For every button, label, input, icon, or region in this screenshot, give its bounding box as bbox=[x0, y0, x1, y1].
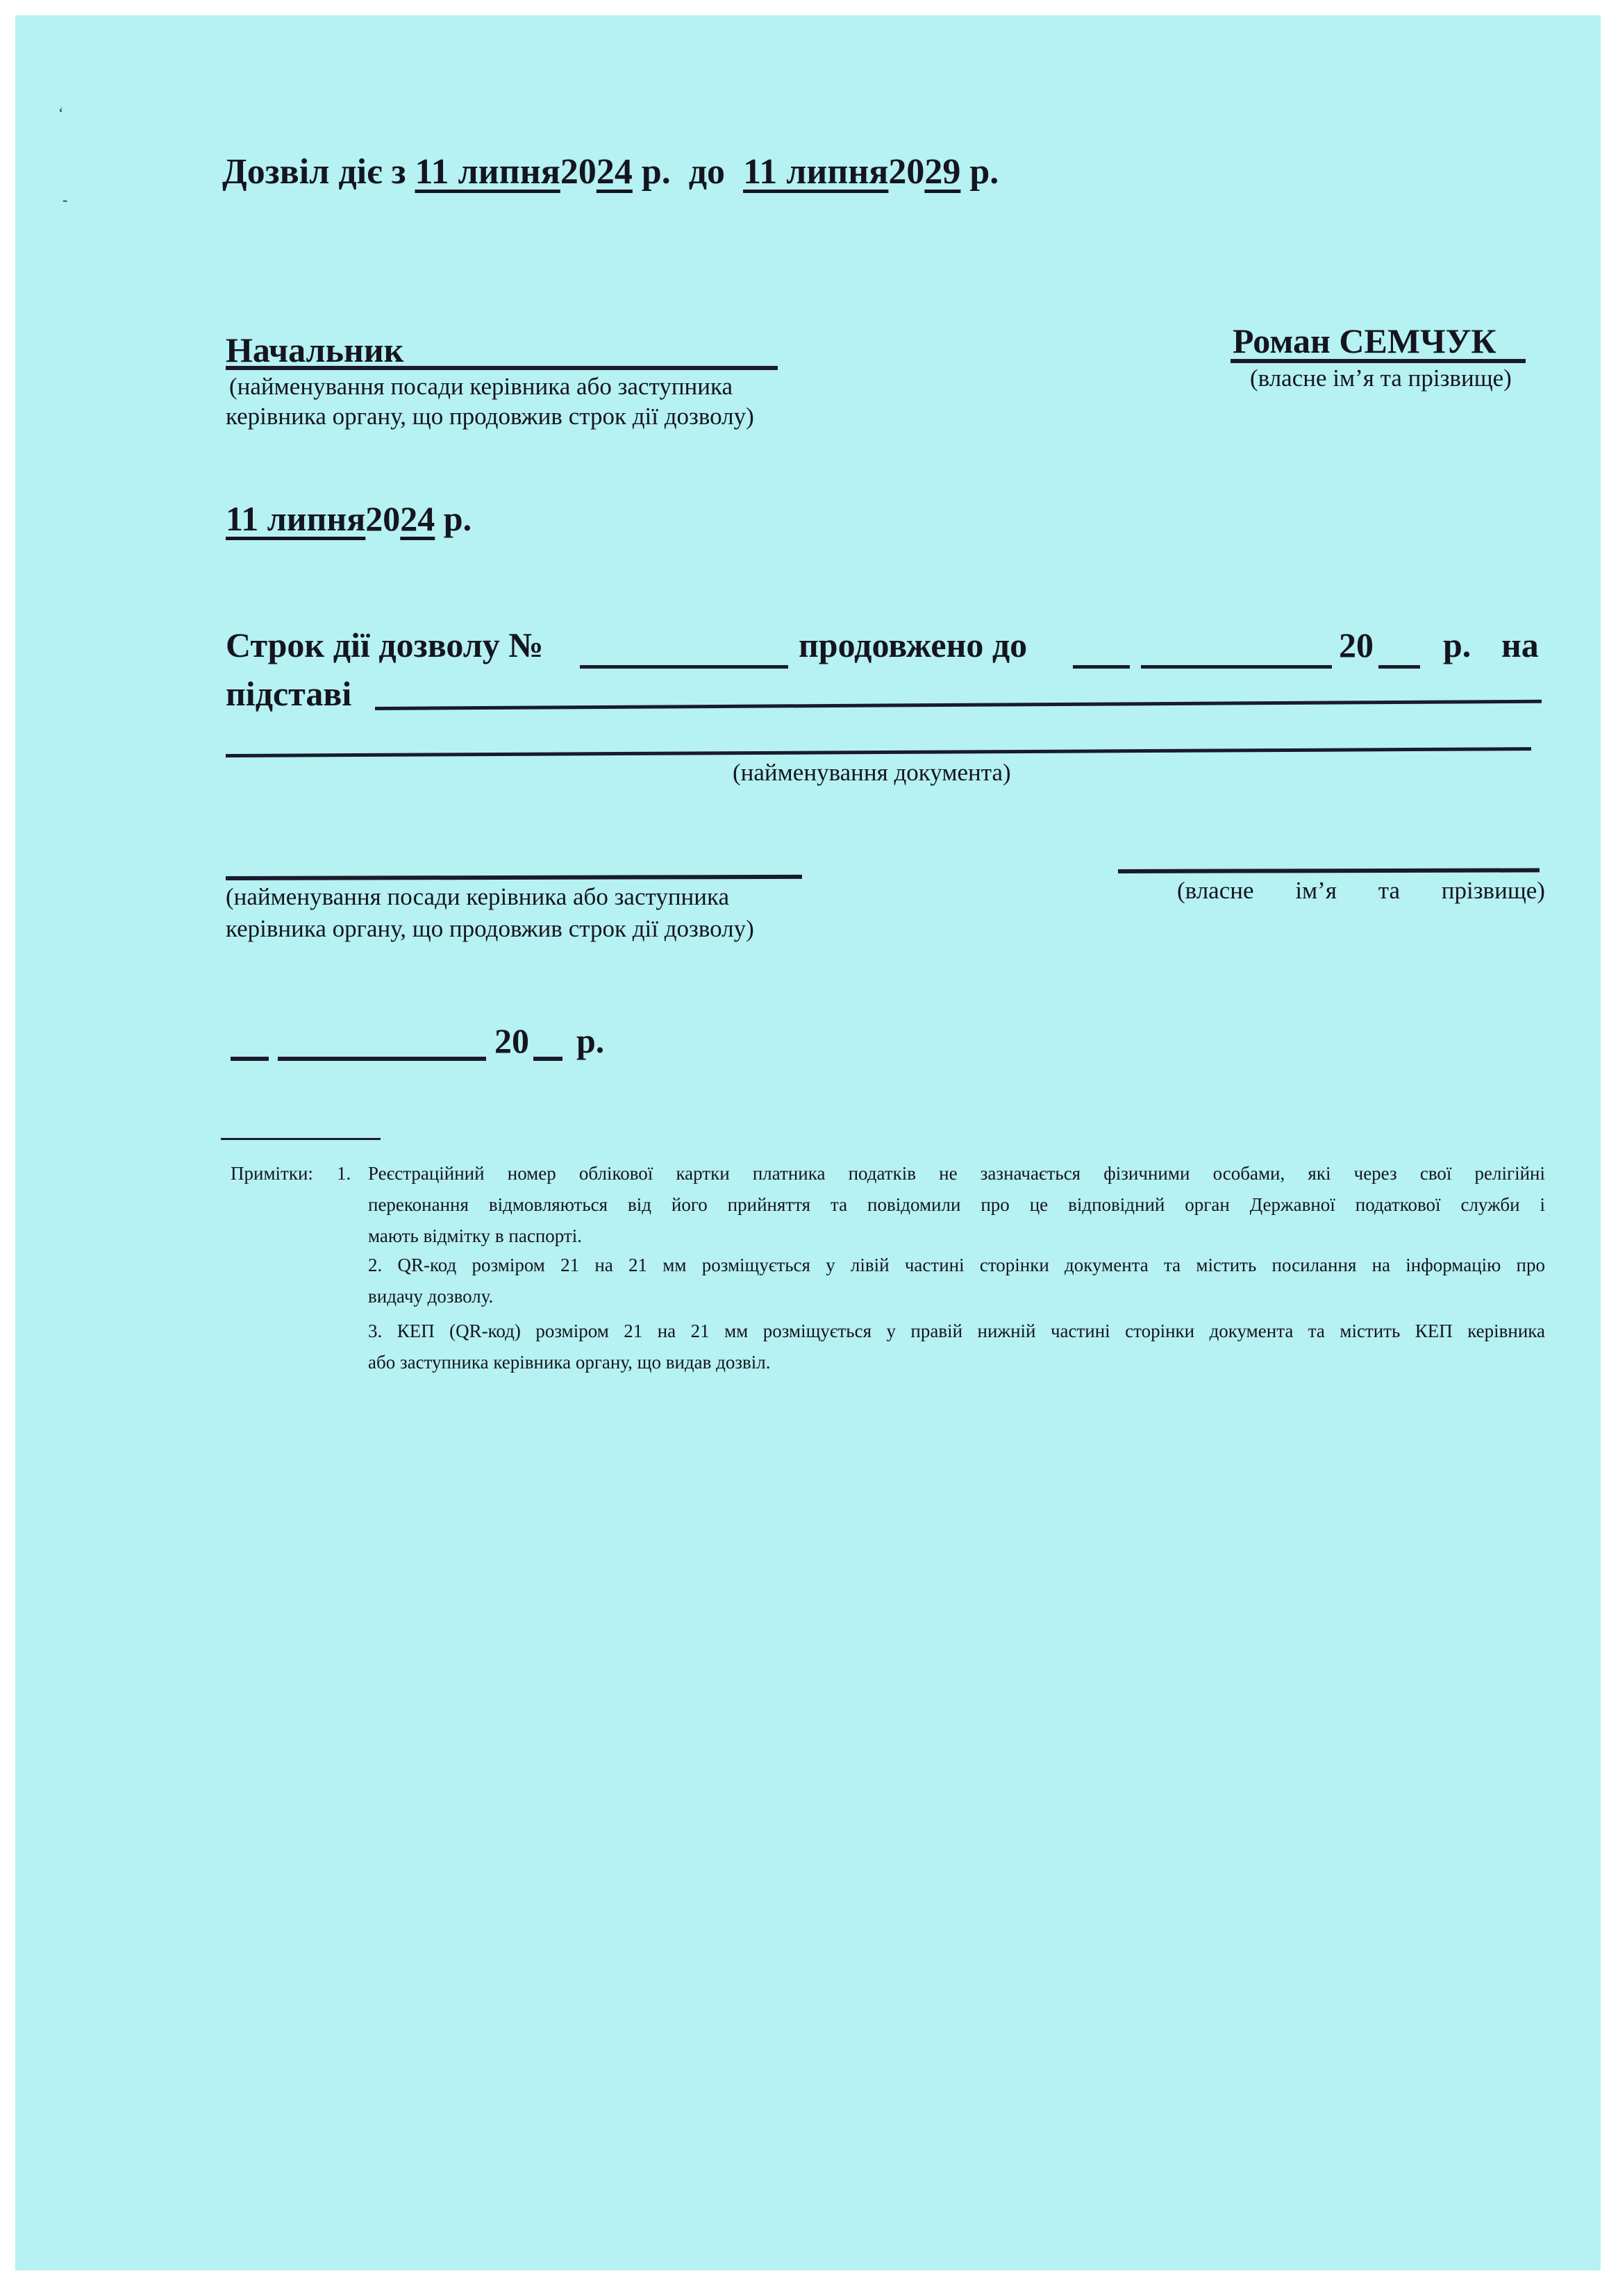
note-2-text: QR-код розміром 21 на 21 мм розміщується… bbox=[398, 1255, 1546, 1275]
date-year-prefix-2: 20 bbox=[494, 1021, 529, 1061]
note-3-line1: 3. КЕП (QR-код) розміром 21 на 21 мм роз… bbox=[368, 1316, 1545, 1347]
validity-to-unit: р. bbox=[969, 152, 999, 192]
extended-unit: р. bbox=[1443, 625, 1471, 665]
note-1-line3: мають відмітку в паспорті. bbox=[368, 1221, 582, 1252]
note-2-number: 2. bbox=[368, 1255, 382, 1275]
date-year-field-2[interactable] bbox=[533, 1057, 562, 1061]
position-caption-line2: керівника органу, що продовжив строк дії… bbox=[226, 403, 754, 430]
position-title: Начальник bbox=[226, 330, 403, 370]
basis-label: підставі bbox=[226, 673, 351, 714]
extended-on-word: на bbox=[1501, 625, 1539, 665]
name-caption-2-word: прізвище) bbox=[1442, 877, 1545, 905]
position-caption-2-line1: (найменування посади керівника або засту… bbox=[226, 883, 729, 911]
signer-name-underline bbox=[1231, 359, 1526, 363]
name-caption-2: (власне ім’я та прізвище) bbox=[1177, 877, 1545, 905]
date-unit-2: р. bbox=[576, 1021, 604, 1061]
note-1-line1: Реєстраційний номер облікової картки пла… bbox=[368, 1158, 1545, 1189]
extension-permit-label: Строк дії дозволу № bbox=[226, 625, 544, 665]
signature-date-year-suffix: 24 bbox=[400, 499, 435, 538]
signature-date-day-month: 11 липня bbox=[226, 499, 365, 538]
note-3-text: КЕП (QR-код) розміром 21 на 21 мм розміщ… bbox=[397, 1321, 1545, 1341]
signature-date: 11 липня2024 р. bbox=[226, 498, 472, 539]
permit-number-field[interactable] bbox=[580, 665, 788, 669]
validity-to-word: до bbox=[689, 152, 725, 192]
validity-to-day-month: 11 липня bbox=[743, 152, 888, 192]
document-caption: (найменування документа) bbox=[733, 759, 1011, 787]
signer-name-caption: (власне ім’я та прізвище) bbox=[1250, 364, 1512, 392]
date-month-field-2[interactable] bbox=[278, 1057, 486, 1061]
validity-to-year-suffix: 29 bbox=[924, 152, 960, 192]
position-caption-line1: (найменування посади керівника або засту… bbox=[229, 373, 733, 401]
validity-prefix: Дозвіл діє з bbox=[222, 152, 406, 192]
note-2-line1: 2. QR-код розміром 21 на 21 мм розміщуєт… bbox=[368, 1250, 1545, 1281]
note-1-line2: переконання відмовляються від його прийн… bbox=[368, 1189, 1545, 1221]
signature-date-year-prefix: 20 bbox=[365, 499, 400, 538]
extended-year-prefix: 20 bbox=[1339, 625, 1374, 665]
footnote-separator bbox=[221, 1138, 381, 1140]
position-underline bbox=[226, 366, 778, 370]
signature-date-unit: р. bbox=[444, 499, 472, 538]
name-caption-2-word: (власне bbox=[1177, 877, 1254, 905]
notes-label: Примітки: bbox=[231, 1158, 313, 1189]
validity-from-year-prefix: 20 bbox=[560, 152, 597, 192]
position-caption-2-line2: керівника органу, що продовжив строк дії… bbox=[226, 915, 754, 943]
extension-extended-to-label: продовжено до bbox=[799, 625, 1027, 665]
name-caption-2-word: та bbox=[1378, 877, 1400, 905]
extended-year-field[interactable] bbox=[1378, 665, 1420, 669]
name-caption-2-word: ім’я bbox=[1295, 877, 1337, 905]
signer-name: Роман СЕМЧУК bbox=[1233, 321, 1496, 361]
validity-from-year-suffix: 24 bbox=[597, 152, 633, 192]
note-1-number: 1. bbox=[337, 1158, 351, 1189]
scan-speck: ʻ bbox=[58, 104, 63, 122]
extended-month-field[interactable] bbox=[1141, 665, 1332, 669]
scan-speck: - bbox=[62, 191, 67, 209]
validity-from-unit: р. bbox=[642, 152, 671, 192]
note-3-number: 3. bbox=[368, 1321, 382, 1341]
validity-to-year-prefix: 20 bbox=[888, 152, 924, 192]
validity-line: Дозвіл діє з 11 липня2024 р. до 11 липня… bbox=[222, 151, 999, 192]
extended-day-field[interactable] bbox=[1073, 665, 1130, 669]
validity-from-day-month: 11 липня bbox=[415, 152, 560, 192]
note-2-line2: видачу дозволу. bbox=[368, 1281, 493, 1312]
note-3-line2: або заступника керівника органу, що вида… bbox=[368, 1347, 771, 1378]
date-day-field-2[interactable] bbox=[231, 1057, 269, 1061]
